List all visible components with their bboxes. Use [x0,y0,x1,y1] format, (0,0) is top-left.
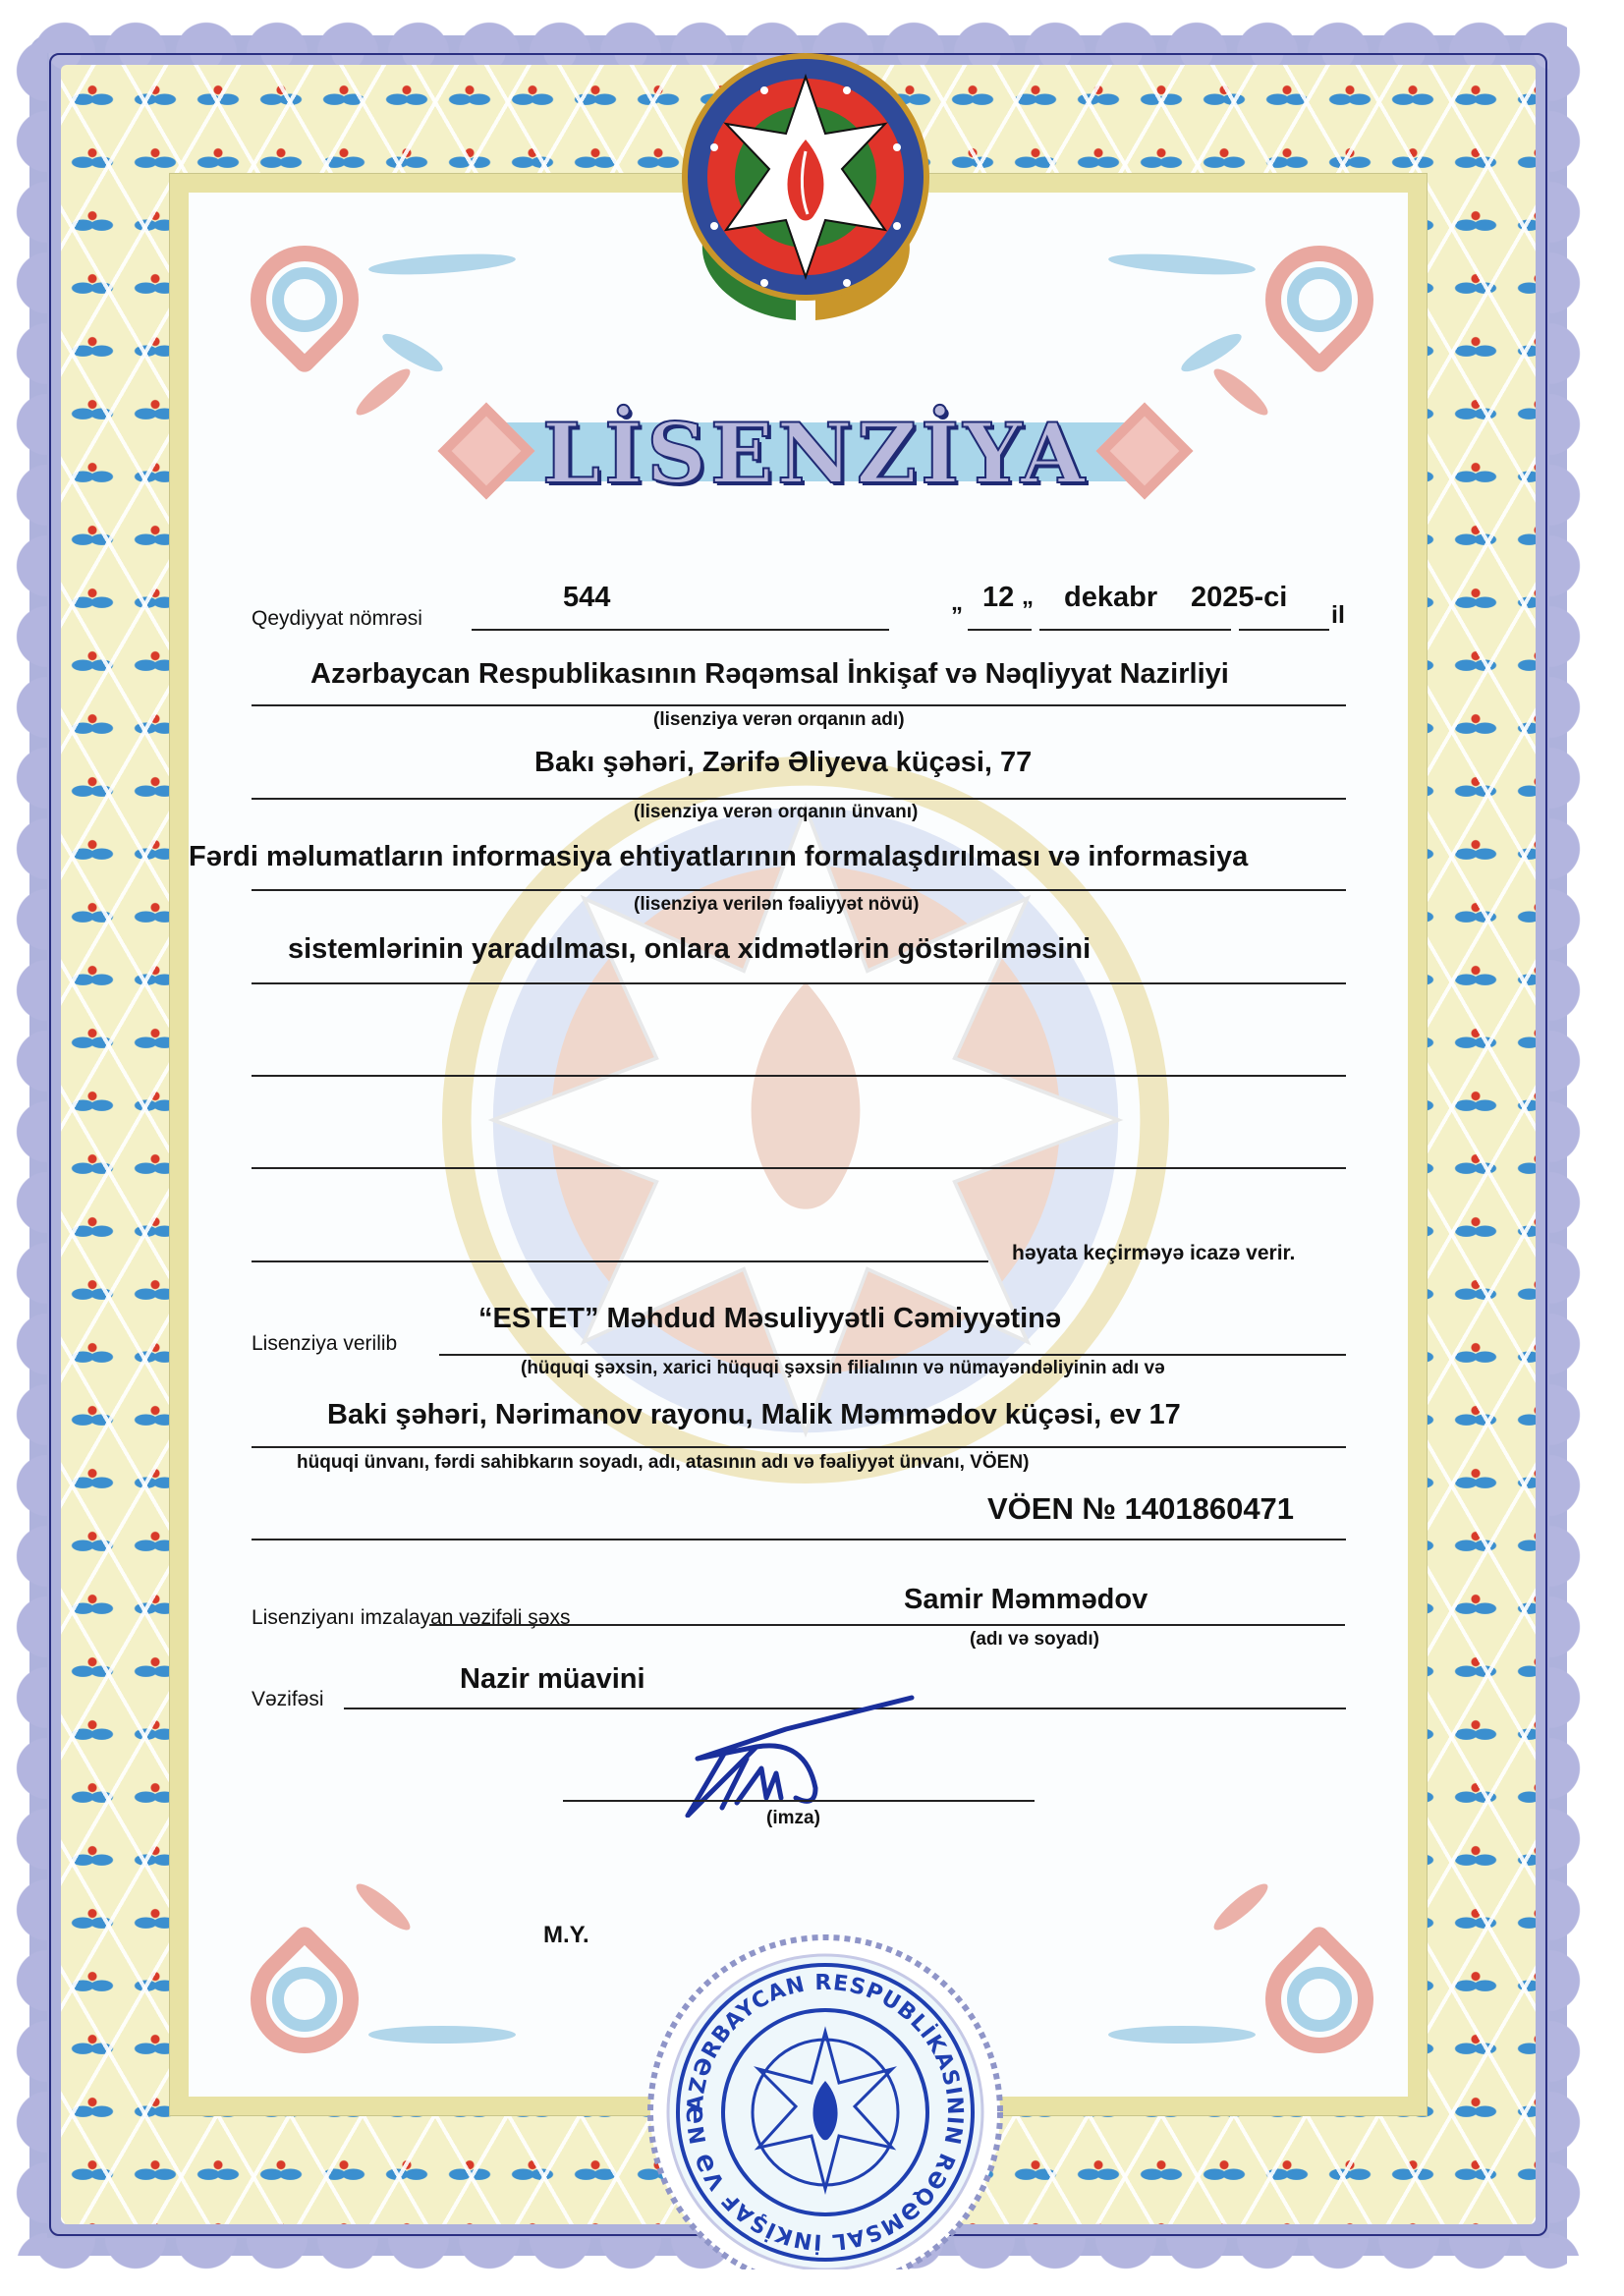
activity-line-2: sistemlərinin yaradılması, onlara xidmət… [288,933,1091,966]
licensee-address-line [252,1446,1346,1448]
signatory-position: Nazir müavini [460,1663,645,1696]
signature-caption: (imza) [766,1808,820,1829]
year-suffix: il [1331,601,1345,630]
licensee-address: Baki şəhəri, Nərimanov rayonu, Malik Məm… [327,1399,1181,1431]
handwritten-signature [668,1680,943,1818]
issuer-name-line [252,704,1346,706]
issuer-address-line [252,798,1346,800]
licensee-address-caption: hüquqi ünvanı, fərdi sahibkarın soyadı, … [297,1452,1029,1474]
activity-line-1-rule [252,889,1346,891]
signatory-name-line [429,1624,1345,1626]
official-stamp: AZƏRBAYCAN RESPUBLİKASININ RƏQƏMSAL İNKİ… [609,1916,1041,2269]
activity-line-1: Fərdi məlumatların informasiya ehtiyatla… [189,841,1248,873]
issuer-address: Bakı şəhəri, Zərifə Əliyeva küçəsi, 77 [534,747,1032,779]
border-scallop-right [1549,35,1585,2256]
position-label: Vəzifəsi [252,1688,324,1711]
tax-id-line [252,1539,1346,1540]
signature-line [563,1800,1035,1802]
issue-day: 12 [982,582,1014,614]
licensee-name: “ESTET” Məhdud Məsuliyyətli Cəmiyyətinə [478,1303,1061,1335]
activity-closing: həyata keçirməyə icazə verir. [1012,1242,1295,1265]
signatory-label: Lisenziyanı imzalayan vəzifəli şəxs [252,1606,570,1630]
registration-number: 544 [563,582,610,614]
registration-label: Qeydiyyat nömrəsi [252,607,422,631]
activity-blank-rule-3 [252,1260,988,1262]
issuer-name: Azərbaycan Respublikasının Rəqəmsal İnki… [310,658,1229,691]
month-line [1039,629,1231,631]
signatory-name: Samir Məmmədov [904,1584,1148,1616]
activity-line-2-rule [252,982,1346,984]
issue-month: dekabr [1064,582,1157,614]
signatory-name-caption: (adı və soyadı) [970,1629,1099,1651]
activity-blank-rule-2 [252,1167,1346,1169]
state-emblem [668,29,943,324]
year-line [1239,629,1329,631]
issue-year: 2025-ci [1191,582,1287,614]
licensee-label: Lisenziya verilib [252,1332,397,1356]
corner-ornament-top-left [221,236,437,432]
issuer-name-caption: (lisenziya verən orqanın adı) [653,709,905,731]
license-title-banner: LİSENZİYA [432,401,1199,499]
issuer-address-caption: (lisenziya verən orqanın ünvanı) [634,802,918,823]
licensee-name-line [439,1354,1346,1356]
licensee-tax-id: VÖEN № 1401860471 [987,1491,1294,1527]
border-scallop-left [12,35,47,2256]
corner-ornament-top-right [1187,236,1403,432]
quote-open: „ [951,589,963,617]
licensee-name-caption: (hüquqi şəxsin, xarici hüquqi şəxsin fil… [521,1358,1165,1379]
activity-caption: (lisenziya verilən fəaliyyət növü) [634,894,919,916]
license-title: LİSENZİYA [432,405,1199,502]
corner-ornament-bottom-right [1187,1867,1403,2063]
day-line [968,629,1032,631]
quote-close: „ [1022,584,1034,611]
seal-mark: M.Y. [543,1922,589,1949]
registration-number-line [472,629,889,631]
corner-ornament-bottom-left [221,1867,437,2063]
activity-blank-rule-1 [252,1075,1346,1077]
